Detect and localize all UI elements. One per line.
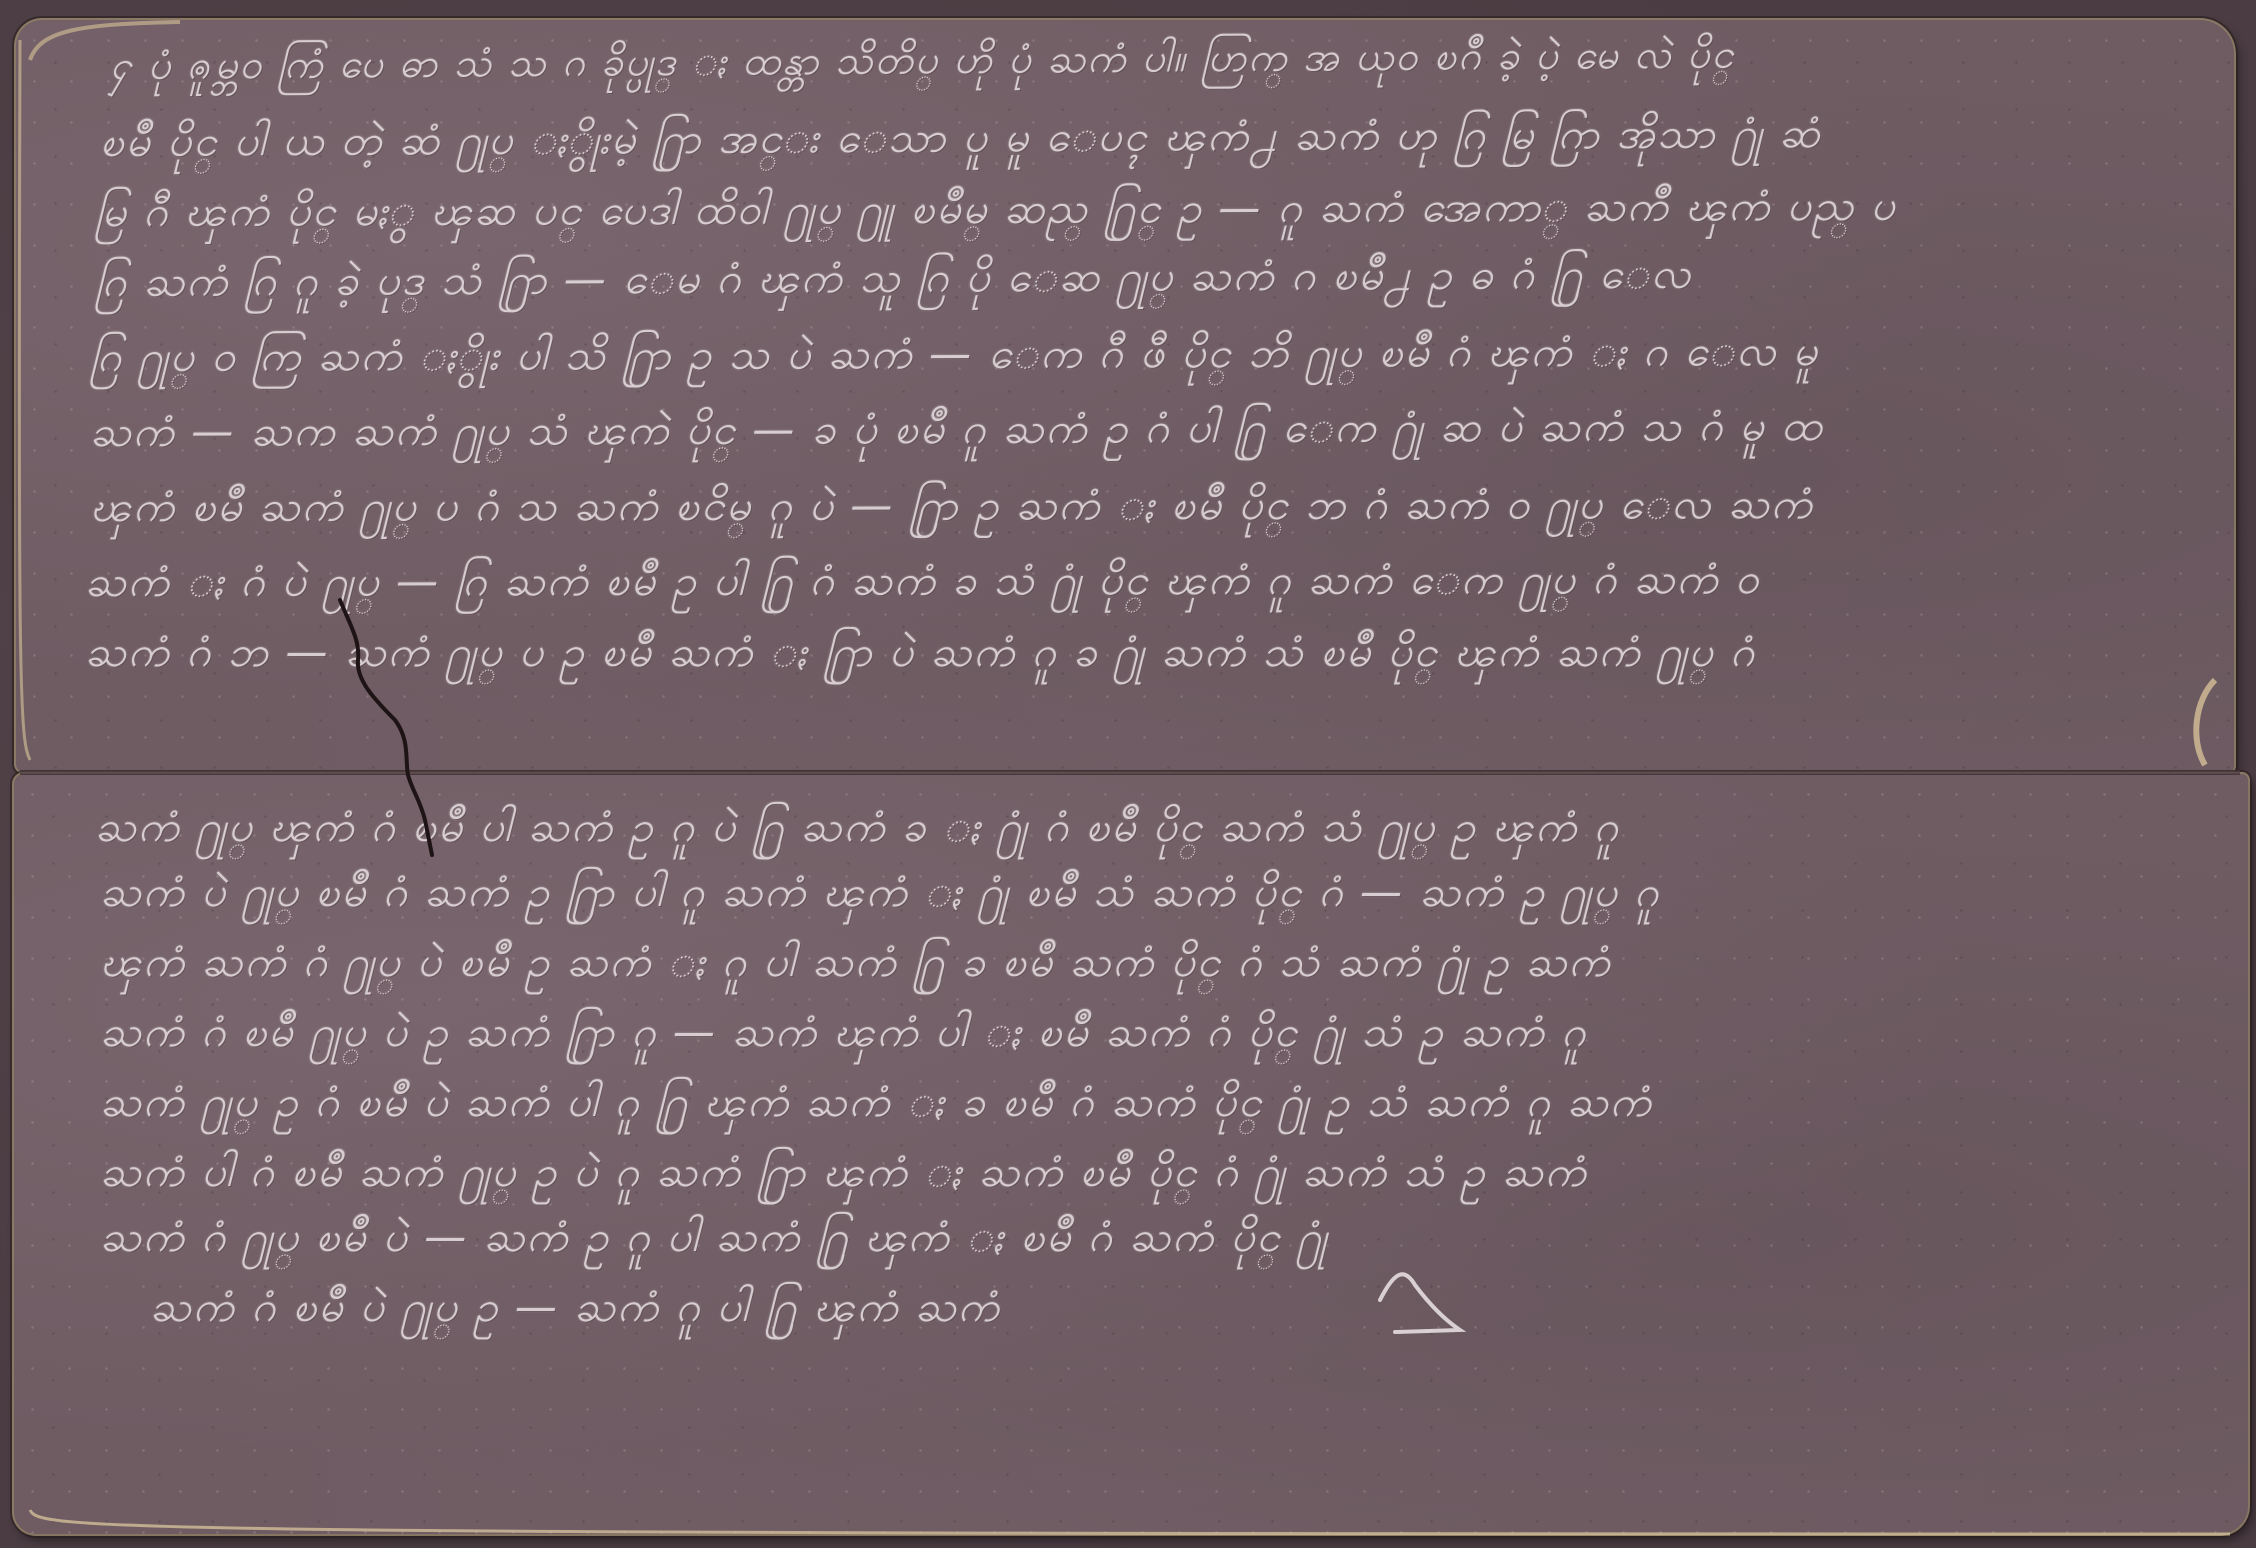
bottom-line-4: ႀကံ ဂံ ၿမိဳ ႐ုပ္ ပဲ ဥ ႀကံ ႐ြာ ဂူ — ႀကံ ၾ…: [100, 1005, 1587, 1067]
top-line-3: မြ ဂီ ၾကံ ပိုင္ မႏွ ၾဆ ပင္ ပေဒါ ထိဝါ ႐ုပ…: [95, 179, 1897, 247]
bottom-line-8: ႀကံ ဂံ ၿမိဳ ပဲ ႐ုပ္ ဥ — ႀကံ ဂူ ပါ ႐ြ ၾကံ…: [150, 1280, 1001, 1342]
script-lines: ႁ ပုံ ၐူမ္ဘဝ ကြံ ပေ ဓာ သံ သ ဂ ခိုပ္ပုဒ္ …: [0, 0, 2256, 1548]
top-line-1: ႁ ပုံ ၐူမ္ဘဝ ကြံ ပေ ဓာ သံ သ ဂ ခိုပ္ပုဒ္ …: [110, 28, 1736, 99]
bottom-line-2: ႀကံ ပဲ ႐ုပ္ ၿမိဳ ဂံ ႀကံ ဥ ႐ြာ ပါ ဂူ ႀကံ …: [100, 865, 1660, 927]
bottom-line-5: ႀကံ ႐ုပ္ ဥ ဂံ ၿမိဳ ပဲ ႀကံ ပါ ဂူ ႐ြ ၾကံ ႀ…: [100, 1075, 1653, 1137]
top-line-9: ႀကံ ဂံ ဘ — ႀကံ ႐ုပ္ ပ ဥ ၿမိဳ ႀကံ ႏ ႐ြာ ပ…: [85, 625, 1756, 687]
top-line-8: ႀကံ ႏ ဂံ ပဲ ႐ုပ္ — ဂြ ႀကံ ၿမိဳ ဥ ပါ ႐ြ ဂ…: [85, 552, 1761, 617]
top-line-4: ဂြ ႀကံ ဂြ ဂူ ခဲ့ ပုဒ္ သံ ႐ြာ — ေမ ဂံ ၾကံ…: [95, 247, 1693, 317]
bottom-line-3: ၾကံ ႀကံ ဂံ ႐ုပ္ ပဲ ၿမိဳ ဥ ႀကံ ႏ ဂူ ပါ ႀက…: [100, 935, 1612, 997]
top-line-6: ႀကံ — ႀက ႀကံ ႐ုပ္ သံ ၾကဲ ပိုင္ — ခ ပုံ ၿ…: [90, 399, 1824, 467]
top-line-7: ၾကံ ၿမိဳ ႀကံ ႐ုပ္ ပ ဂံ သ ႀကံ ၿငိမ္ ဂူ ပဲ…: [90, 477, 1814, 542]
bottom-line-6: ႀကံ ပါ ဂံ ၿမိဳ ႀကံ ႐ုပ္ ဥ ပဲ ဂူ ႀကံ ႐ြာ …: [100, 1145, 1588, 1207]
bottom-line-7: ႀကံ ဂံ ႐ုပ္ ၿမိဳ ပဲ — ႀကံ ဥ ဂူ ပါ ႀကံ ႐ြ…: [100, 1210, 1329, 1272]
top-line-2: ၿမိဳ ပိုင္ ပါ ယ တဲ့ ဆံ ႐ုပ္ ႏွိုးမဲ့ ႐ြာ…: [100, 106, 1822, 177]
top-line-5: ဂြ ႐ုပ္ ဝ ကြ ႀကံ ႏွိုး ပါ သိ ႐ြာ ဥ သ ပဲ …: [90, 324, 1819, 392]
bottom-line-1: ႀကံ ႐ုပ္ ၾကံ ဂံ ၿမိဳ ပါ ႀကံ ဥ ဂူ ပဲ ႐ြ ႀ…: [95, 800, 1620, 862]
